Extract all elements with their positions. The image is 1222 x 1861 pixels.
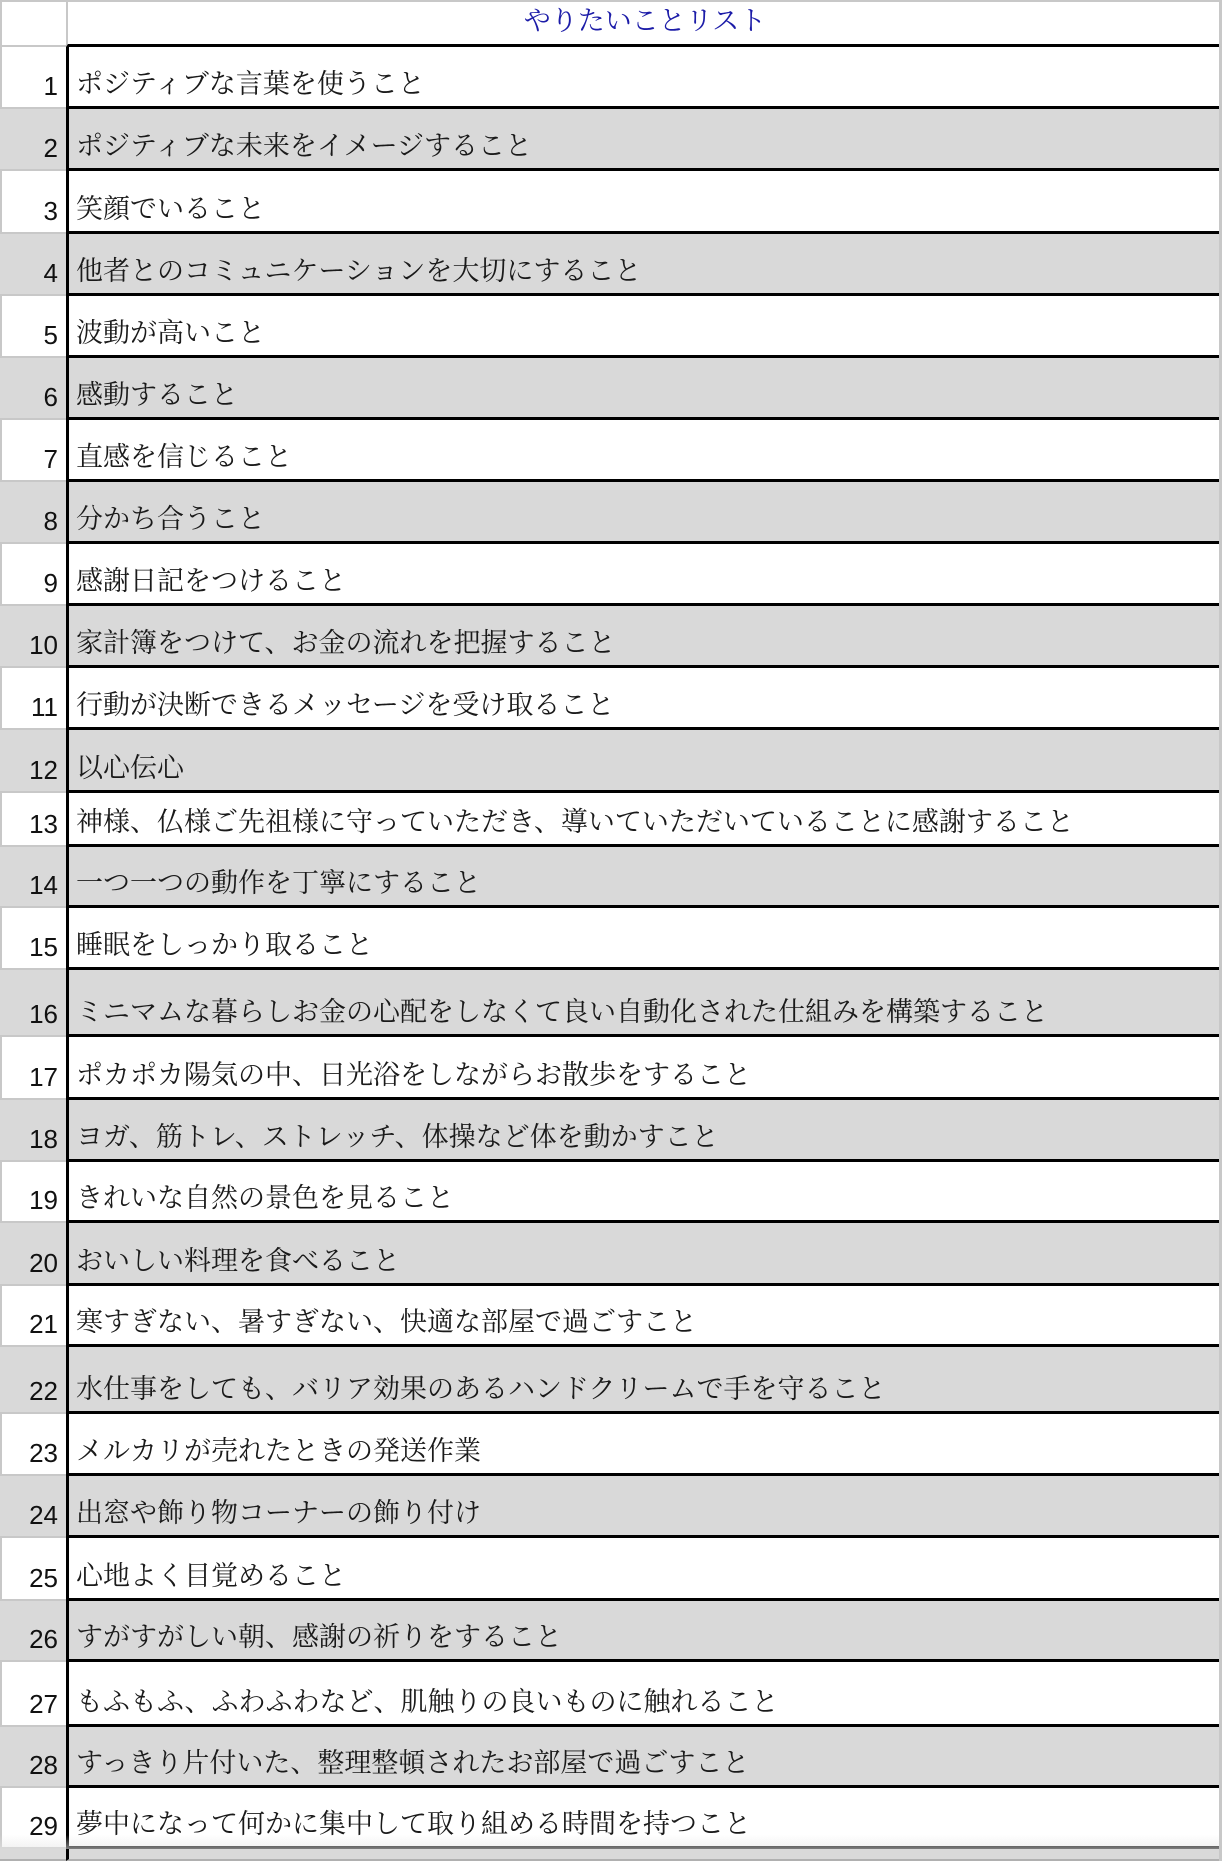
- table-row: 6 感動すること: [0, 358, 1222, 420]
- row-number[interactable]: 18: [0, 1100, 66, 1162]
- row-number[interactable]: 14: [0, 847, 66, 908]
- row-number[interactable]: 19: [0, 1162, 66, 1223]
- table-row: 20 おいしい料理を食べること: [0, 1223, 1222, 1286]
- item-cell[interactable]: 笑顔でいること: [66, 171, 1222, 234]
- row-number[interactable]: 22: [0, 1347, 66, 1414]
- row-number[interactable]: 2: [0, 109, 66, 171]
- row-number[interactable]: 24: [0, 1476, 66, 1538]
- table-row: 19 きれいな自然の景色を見ること: [0, 1162, 1222, 1223]
- row-number[interactable]: 15: [0, 908, 66, 970]
- row-number[interactable]: 8: [0, 482, 66, 544]
- item-cell[interactable]: 家計簿をつけて、お金の流れを把握すること: [66, 606, 1222, 668]
- item-cell[interactable]: ポジティブな言葉を使うこと: [66, 47, 1222, 109]
- table-row: 2 ポジティブな未来をイメージすること: [0, 109, 1222, 171]
- header-rownum-cell[interactable]: [0, 0, 66, 47]
- table-row: 28 すっきり片付いた、整理整頓されたお部屋で過ごすこと: [0, 1727, 1222, 1788]
- item-cell[interactable]: ヨガ、筋トレ、ストレッチ、体操など体を動かすこと: [66, 1100, 1222, 1162]
- table-row: 17 ポカポカ陽気の中、日光浴をしながらお散歩をすること: [0, 1037, 1222, 1100]
- list-title-cell[interactable]: やりたいことリスト: [66, 0, 1222, 47]
- table-row: 12 以心伝心: [0, 730, 1222, 793]
- item-cell[interactable]: 感動すること: [66, 358, 1222, 420]
- row-number[interactable]: 1: [0, 47, 66, 109]
- table-row: 3 笑顔でいること: [0, 171, 1222, 234]
- table-row: 24 出窓や飾り物コーナーの飾り付け: [0, 1476, 1222, 1538]
- table-row: 9 感謝日記をつけること: [0, 544, 1222, 606]
- row-number[interactable]: 4: [0, 234, 66, 296]
- item-cell[interactable]: 直感を信じること: [66, 420, 1222, 482]
- row-number[interactable]: 5: [0, 296, 66, 358]
- row-number[interactable]: 10: [0, 606, 66, 668]
- row-number[interactable]: 20: [0, 1223, 66, 1286]
- item-cell[interactable]: ミニマムな暮らしお金の心配をしなくて良い自動化された仕組みを構築すること: [66, 970, 1222, 1037]
- item-cell[interactable]: ポカポカ陽気の中、日光浴をしながらお散歩をすること: [66, 1037, 1222, 1100]
- item-cell[interactable]: 波動が高いこと: [66, 296, 1222, 358]
- item-cell[interactable]: 以心伝心: [66, 730, 1222, 793]
- table-row: 26 すがすがしい朝、感謝の祈りをすること: [0, 1601, 1222, 1662]
- table-row: 7 直感を信じること: [0, 420, 1222, 482]
- table-row: 25 心地よく目覚めること: [0, 1538, 1222, 1601]
- row-number[interactable]: 25: [0, 1538, 66, 1601]
- item-cell[interactable]: 出窓や飾り物コーナーの飾り付け: [66, 1476, 1222, 1538]
- item-cell[interactable]: 一つ一つの動作を丁寧にすること: [66, 847, 1222, 908]
- row-number[interactable]: 27: [0, 1662, 66, 1727]
- item-cell[interactable]: すっきり片付いた、整理整頓されたお部屋で過ごすこと: [66, 1727, 1222, 1788]
- row-number[interactable]: 29: [0, 1788, 66, 1849]
- table-row: 15 睡眠をしっかり取ること: [0, 908, 1222, 970]
- item-cell[interactable]: 他者とのコミュニケーションを大切にすること: [66, 234, 1222, 296]
- item-cell[interactable]: 睡眠をしっかり取ること: [66, 908, 1222, 970]
- item-cell[interactable]: 寒すぎない、暑すぎない、快適な部屋で過ごすこと: [66, 1286, 1222, 1347]
- table-row: 23 メルカリが売れたときの発送作業: [0, 1414, 1222, 1476]
- row-number-empty[interactable]: [0, 1849, 66, 1861]
- item-cell[interactable]: 神様、仏様ご先祖様に守っていただき、導いていただいていることに感謝すること: [66, 793, 1222, 847]
- item-cell-empty[interactable]: [66, 1849, 1222, 1861]
- item-cell[interactable]: 分かち合うこと: [66, 482, 1222, 544]
- table-row: 10 家計簿をつけて、お金の流れを把握すること: [0, 606, 1222, 668]
- table-row: 29 夢中になって何かに集中して取り組める時間を持つこと: [0, 1788, 1222, 1849]
- row-number[interactable]: 12: [0, 730, 66, 793]
- spreadsheet: やりたいことリスト 1 ポジティブな言葉を使うこと 2 ポジティブな未来をイメー…: [0, 0, 1222, 1861]
- row-number[interactable]: 7: [0, 420, 66, 482]
- item-cell[interactable]: 水仕事をしても、バリア効果のあるハンドクリームで手を守ること: [66, 1347, 1222, 1414]
- table-row: 16 ミニマムな暮らしお金の心配をしなくて良い自動化された仕組みを構築すること: [0, 970, 1222, 1037]
- row-number[interactable]: 16: [0, 970, 66, 1037]
- item-cell[interactable]: 感謝日記をつけること: [66, 544, 1222, 606]
- row-number[interactable]: 11: [0, 668, 66, 730]
- row-number[interactable]: 26: [0, 1601, 66, 1662]
- row-number[interactable]: 9: [0, 544, 66, 606]
- table-row: 18 ヨガ、筋トレ、ストレッチ、体操など体を動かすこと: [0, 1100, 1222, 1162]
- row-number[interactable]: 17: [0, 1037, 66, 1100]
- item-cell[interactable]: おいしい料理を食べること: [66, 1223, 1222, 1286]
- row-number[interactable]: 6: [0, 358, 66, 420]
- item-cell[interactable]: メルカリが売れたときの発送作業: [66, 1414, 1222, 1476]
- row-number[interactable]: 21: [0, 1286, 66, 1347]
- table-row: 13 神様、仏様ご先祖様に守っていただき、導いていただいていることに感謝すること: [0, 793, 1222, 847]
- table-row: 21 寒すぎない、暑すぎない、快適な部屋で過ごすこと: [0, 1286, 1222, 1347]
- row-number[interactable]: 28: [0, 1727, 66, 1788]
- list-title: やりたいことリスト: [524, 0, 766, 38]
- item-cell[interactable]: 夢中になって何かに集中して取り組める時間を持つこと: [66, 1788, 1222, 1849]
- table-row: 22 水仕事をしても、バリア効果のあるハンドクリームで手を守ること: [0, 1347, 1222, 1414]
- item-cell[interactable]: 心地よく目覚めること: [66, 1538, 1222, 1601]
- item-cell[interactable]: きれいな自然の景色を見ること: [66, 1162, 1222, 1223]
- row-number[interactable]: 13: [0, 793, 66, 847]
- table-row-partial: [0, 1849, 1222, 1861]
- row-number[interactable]: 3: [0, 171, 66, 234]
- table-row: 14 一つ一つの動作を丁寧にすること: [0, 847, 1222, 908]
- item-cell[interactable]: もふもふ、ふわふわなど、肌触りの良いものに触れること: [66, 1662, 1222, 1727]
- table-row: 8 分かち合うこと: [0, 482, 1222, 544]
- table-row: 1 ポジティブな言葉を使うこと: [0, 47, 1222, 109]
- table-row: 27 もふもふ、ふわふわなど、肌触りの良いものに触れること: [0, 1662, 1222, 1727]
- item-cell[interactable]: 行動が決断できるメッセージを受け取ること: [66, 668, 1222, 730]
- item-cell[interactable]: ポジティブな未来をイメージすること: [66, 109, 1222, 171]
- row-number[interactable]: 23: [0, 1414, 66, 1476]
- table-row: 5 波動が高いこと: [0, 296, 1222, 358]
- table-row: 11 行動が決断できるメッセージを受け取ること: [0, 668, 1222, 730]
- header-row: やりたいことリスト: [0, 0, 1222, 47]
- item-cell[interactable]: すがすがしい朝、感謝の祈りをすること: [66, 1601, 1222, 1662]
- table-row: 4 他者とのコミュニケーションを大切にすること: [0, 234, 1222, 296]
